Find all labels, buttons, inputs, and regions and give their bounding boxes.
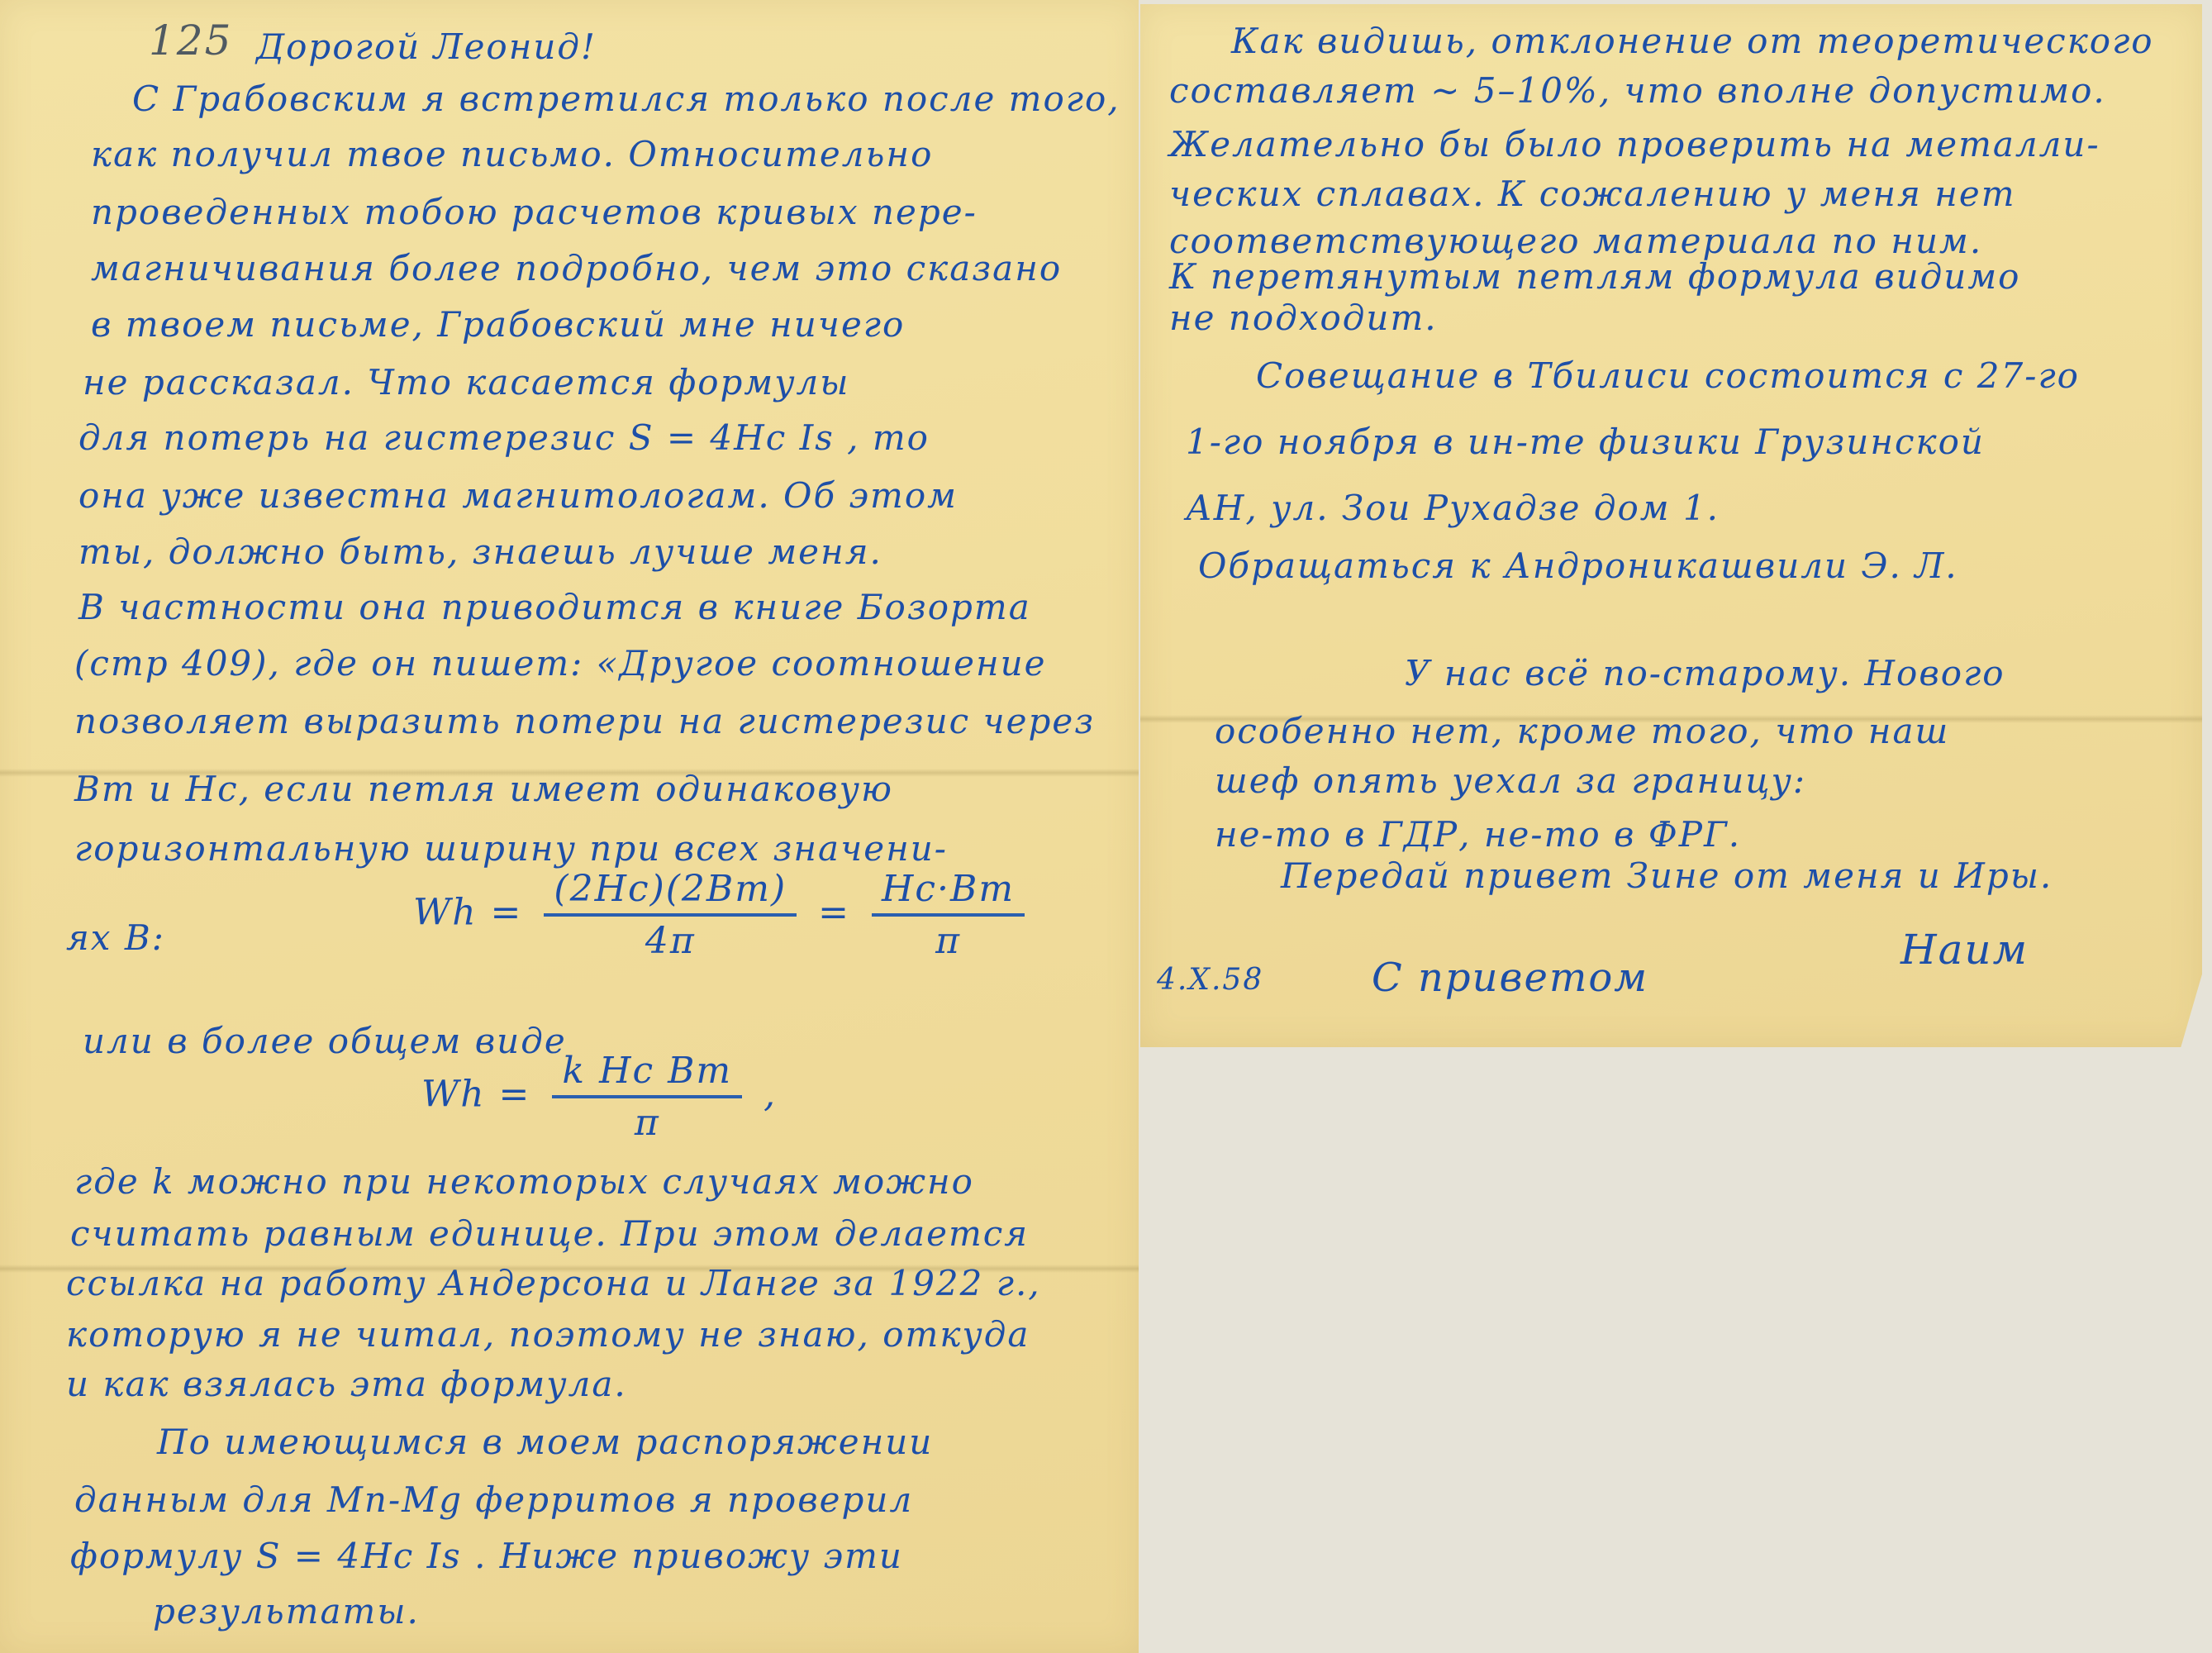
text-line: формулу S = 4Hc Is . Ниже привожу эти bbox=[70, 1536, 903, 1576]
numerator: Hc·Bm bbox=[872, 868, 1025, 917]
text-line: особенно нет, кроме того, что наш bbox=[1215, 711, 1949, 751]
text-line: Совещание в Тбилиси состоится с 27-го bbox=[1256, 355, 2080, 396]
text-line: для потерь на гистерезис S = 4Hc Is , то bbox=[78, 417, 930, 458]
text-line: В частности она приводится в книге Бозор… bbox=[78, 587, 1031, 627]
text-line: проведенных тобою расчетов кривых пере- bbox=[91, 192, 978, 232]
text-line: которую я не читал, поэтому не знаю, отк… bbox=[66, 1314, 1030, 1355]
text-line: не рассказал. Что касается формулы bbox=[83, 362, 850, 403]
formula-lhs: Wh = bbox=[421, 1074, 530, 1116]
text-line: Обращаться к Андроникашвили Э. Л. bbox=[1198, 545, 1958, 586]
closing: С приветом bbox=[1372, 955, 1648, 1001]
text-line: 1-го ноября в ин-те физики Грузинской bbox=[1186, 422, 1985, 462]
hysteresis-formula-2: Wh = k Hc Bm π , bbox=[421, 1050, 777, 1144]
text-line: позволяет выразить потери на гистерезис … bbox=[74, 701, 1095, 741]
letter-page-left: 125 Дорогой Леонид! С Грабовским я встре… bbox=[0, 0, 1139, 1653]
text-line: как получил твое письмо. Относительно bbox=[91, 134, 933, 174]
denominator: π bbox=[935, 917, 961, 962]
salutation: Дорогой Леонид! bbox=[256, 26, 597, 67]
text-line: данным для Mn-Mg ферритов я проверил bbox=[74, 1479, 913, 1520]
text-line: считать равным единице. При этом делаетс… bbox=[70, 1213, 1029, 1254]
formula-lhs: Wh = bbox=[413, 892, 522, 934]
hysteresis-formula-1: Wh = (2Hc)(2Bm) 4π = Hc·Bm π bbox=[413, 868, 1033, 962]
text-line: не подходит. bbox=[1169, 298, 1438, 338]
numerator: k Hc Bm bbox=[552, 1050, 742, 1098]
text-line: ты, должно быть, знаешь лучше меня. bbox=[78, 531, 882, 572]
text-line: горизонтальную ширину при всех значени- bbox=[74, 828, 948, 869]
text-line: По имеющимся в моем распоряжении bbox=[157, 1422, 933, 1462]
equals-sign: = bbox=[818, 892, 850, 934]
text-line: ссылка на работу Андерсона и Ланге за 19… bbox=[66, 1263, 1041, 1303]
folio-number: 125 bbox=[149, 17, 232, 64]
text-line: Как видишь, отклонение от теоретического bbox=[1231, 21, 2154, 61]
text-line: где k можно при некоторых случаях можно bbox=[74, 1161, 974, 1202]
signature: Наим bbox=[1900, 926, 2029, 974]
denominator: π bbox=[635, 1098, 660, 1144]
formula-trail: , bbox=[763, 1074, 777, 1116]
text-line: Bm и Hc, если петля имеет одинаковую bbox=[74, 769, 893, 809]
numerator: (2Hc)(2Bm) bbox=[544, 868, 797, 917]
text-line: и как взялась эта формула. bbox=[66, 1364, 627, 1404]
letter-date: 4.X.58 bbox=[1157, 963, 1263, 997]
text-line: Желательно бы было проверить на металли- bbox=[1169, 124, 2100, 164]
text-line: ческих сплавах. К сожалению у меня нет bbox=[1169, 174, 2016, 214]
text-line: К перетянутым петлям формула видимо bbox=[1169, 256, 2020, 297]
fraction: k Hc Bm π bbox=[552, 1050, 742, 1144]
text-line: в твоем письме, Грабовский мне ничего bbox=[91, 304, 905, 345]
text-line: она уже известна магнитологам. Об этом bbox=[78, 475, 958, 516]
text-line: Передай привет Зине от меня и Иры. bbox=[1281, 855, 2053, 896]
fraction: (2Hc)(2Bm) 4π bbox=[544, 868, 797, 962]
text-line: магничивания более подробно, чем это ска… bbox=[91, 248, 1062, 288]
text-line: С Грабовским я встретился только после т… bbox=[132, 79, 1120, 119]
denominator: 4π bbox=[645, 917, 696, 962]
text-line: не-то в ГДР, не-то в ФРГ. bbox=[1215, 814, 1741, 855]
text-line: шеф опять уехал за границу: bbox=[1215, 760, 1806, 801]
text-line: соответствующего материала по ним. bbox=[1169, 221, 1982, 261]
letter-page-right: Как видишь, отклонение от теоретического… bbox=[1140, 4, 2202, 1047]
text-line: У нас всё по-старому. Нового bbox=[1405, 653, 2005, 693]
text-line: результаты. bbox=[153, 1591, 420, 1632]
text-line: составляет ~ 5–10%, что вполне допустимо… bbox=[1169, 70, 2106, 111]
text-line: (стр 409), где он пишет: «Другое соотнош… bbox=[74, 643, 1047, 684]
fraction: Hc·Bm π bbox=[872, 868, 1025, 962]
text-line: ях B: bbox=[66, 917, 165, 958]
text-line: АН, ул. Зои Рухадзе дом 1. bbox=[1186, 488, 1720, 528]
